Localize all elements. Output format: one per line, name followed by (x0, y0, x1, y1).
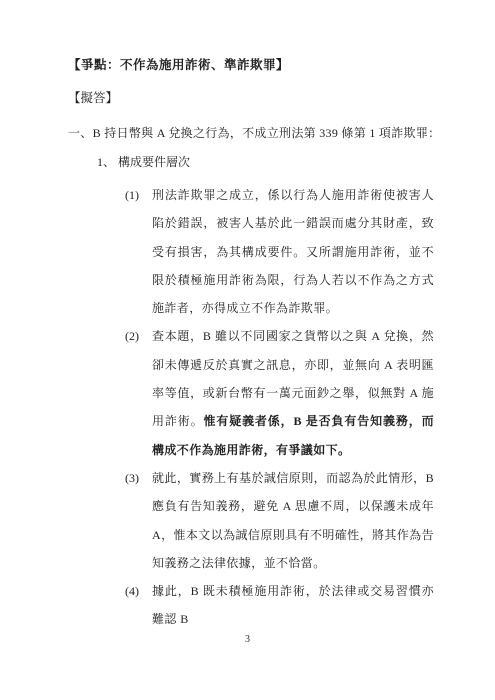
list-item: (4) 據此，B 既未積極施用詐術，於法律或交易習慣亦難認 B (125, 577, 437, 634)
item-1-label: (1) (125, 181, 152, 209)
item-4-text: 據此，B 既未積極施用詐術，於法律或交易習慣亦難認 B (152, 577, 434, 634)
numbered-item-list: (1) 刑法詐欺罪之成立，係以行為人施用詐術使被害人陷於錯誤，被害人基於此一錯誤… (125, 181, 437, 634)
page-number: 3 (0, 634, 495, 645)
item-3-label: (3) (125, 464, 152, 492)
item-3-text: 就此，實務上有基於誠信原則，而認為於此情形，B 應負有告知義務，避免 A 思慮不… (152, 464, 434, 577)
answer-heading: 【擬答】 (68, 89, 437, 108)
subsection-heading: 1、構成要件層次 (97, 153, 437, 172)
document-page: 【爭點：不作為施用詐術、準詐欺罪】 【擬答】 一、B 持日幣與 A 兌換之行為，… (0, 0, 495, 700)
subsection-text: 構成要件層次 (118, 155, 190, 169)
section-label: 一、 (68, 126, 93, 140)
section-heading: 一、B 持日幣與 A 兌換之行為，不成立刑法第 339 條第 1 項詐欺罪： (68, 124, 437, 143)
list-item: (2) 查本題，B 雖以不同國家之貨幣以之與 A 兌換，然卻未傳遞反於真實之訊息… (125, 322, 437, 463)
item-2-label: (2) (125, 322, 152, 350)
section-text: B 持日幣與 A 兌換之行為，不成立刑法第 339 條第 1 項詐欺罪： (93, 126, 441, 140)
item-4-label: (4) (125, 577, 152, 605)
item-1-body: 刑法詐欺罪之成立，係以行為人施用詐術使被害人陷於錯誤，被害人基於此一錯誤而處分其… (152, 188, 434, 315)
item-2-text: 查本題，B 雖以不同國家之貨幣以之與 A 兌換，然卻未傳遞反於真實之訊息，亦即，… (152, 322, 434, 463)
item-1-text: 刑法詐欺罪之成立，係以行為人施用詐術使被害人陷於錯誤，被害人基於此一錯誤而處分其… (152, 181, 434, 322)
subsection-label: 1、 (97, 153, 118, 172)
list-item: (1) 刑法詐欺罪之成立，係以行為人施用詐術使被害人陷於錯誤，被害人基於此一錯誤… (125, 181, 437, 322)
issue-title: 【爭點：不作為施用詐術、準詐欺罪】 (68, 56, 437, 75)
item-3-body: 就此，實務上有基於誠信原則，而認為於此情形，B 應負有告知義務，避免 A 思慮不… (152, 471, 434, 570)
list-item: (3) 就此，實務上有基於誠信原則，而認為於此情形，B 應負有告知義務，避免 A… (125, 464, 437, 577)
item-4-body: 據此，B 既未積極施用詐術，於法律或交易習慣亦難認 B (152, 584, 434, 626)
